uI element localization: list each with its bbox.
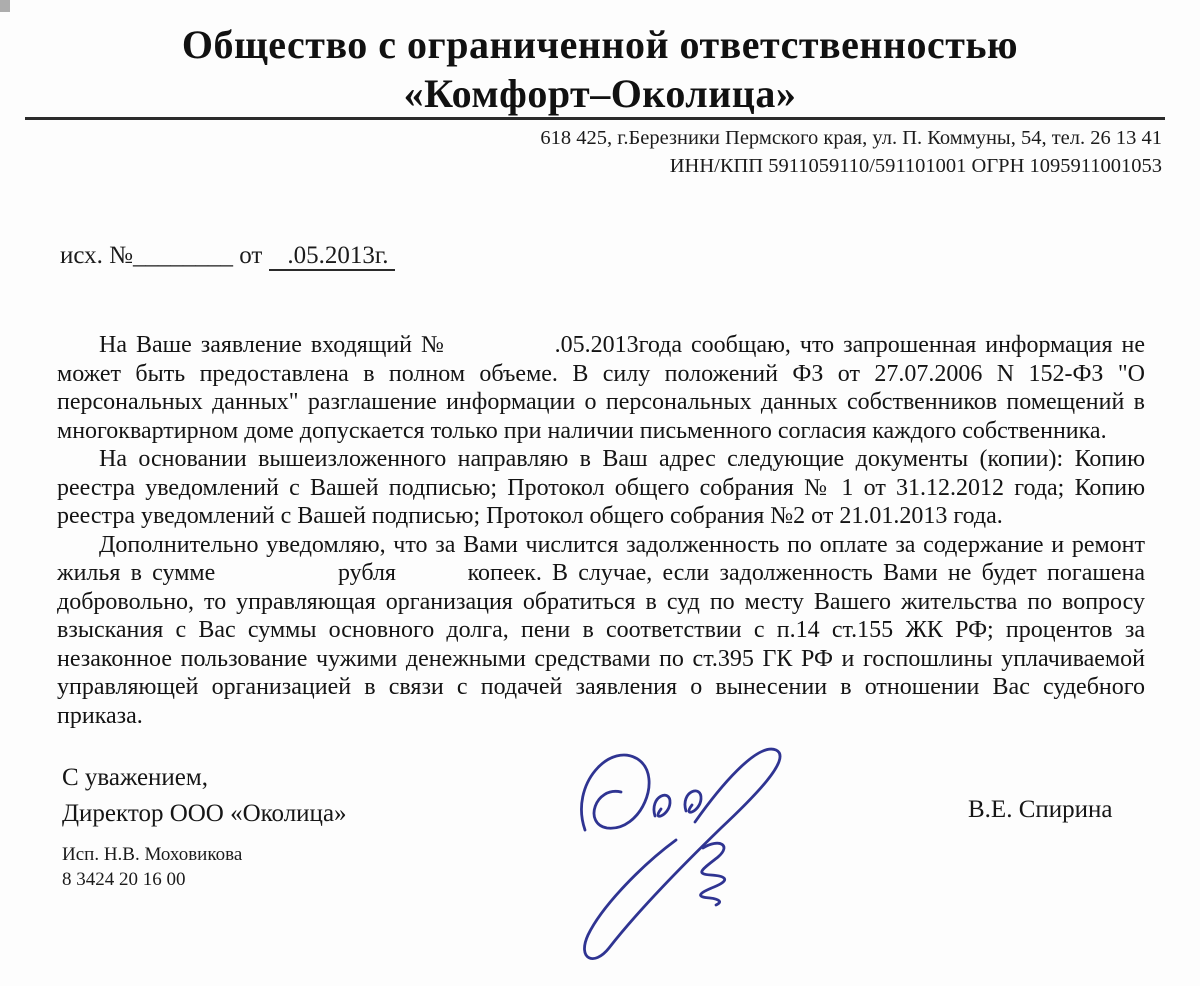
ref-prefix: исх. №________ от: [60, 242, 269, 269]
letter-page: Общество с ограниченной ответственностью…: [0, 0, 1200, 986]
requisites-line: ИНН/КПП 5911059110/591101001 ОГРН 109591…: [540, 152, 1162, 180]
closing-salutation: С уважением,: [62, 760, 347, 796]
signature-stroke-ee: [654, 791, 701, 816]
signature-stroke-loop: [584, 749, 780, 958]
executor-phone: 8 3424 20 16 00: [62, 867, 242, 892]
closing-block: С уважением, Директор ООО «Околица»: [62, 760, 347, 832]
closing-position: Директор ООО «Околица»: [62, 796, 347, 832]
executor-name: Исп. Н.В. Моховикова: [62, 842, 242, 867]
letter-body: На Ваше заявление входящий № .05.2013год…: [57, 331, 1145, 730]
executor-block: Исп. Н.В. Моховикова 8 3424 20 16 00: [62, 842, 242, 892]
org-name-line: «Комфорт–Околица»: [0, 69, 1200, 118]
org-type-line: Общество с ограниченной ответственностью: [0, 20, 1200, 69]
paragraph-2: На основании вышеизложенного направляю в…: [57, 445, 1145, 531]
letterhead-title: Общество с ограниченной ответственностью…: [0, 20, 1200, 118]
signature-ink-svg: [545, 726, 835, 978]
paragraph-3: Дополнительно уведомляю, что за Вами чис…: [57, 531, 1145, 731]
header-divider: [25, 117, 1165, 120]
scan-artifact: [0, 0, 10, 12]
signer-name: В.Е. Спирина: [968, 796, 1112, 824]
address-line: 618 425, г.Березники Пермского края, ул.…: [540, 124, 1162, 152]
signature-stroke-rosette: [581, 755, 649, 830]
letterhead-contacts: 618 425, г.Березники Пермского края, ул.…: [540, 124, 1162, 180]
signature-stroke-zigzag: [701, 843, 725, 905]
outgoing-ref-line: исх. №________ от .05.2013г.: [60, 242, 395, 270]
ref-date-blank: .05.2013г.: [269, 242, 395, 271]
handwritten-signature: [545, 726, 835, 978]
paragraph-1: На Ваше заявление входящий № .05.2013год…: [57, 331, 1145, 445]
